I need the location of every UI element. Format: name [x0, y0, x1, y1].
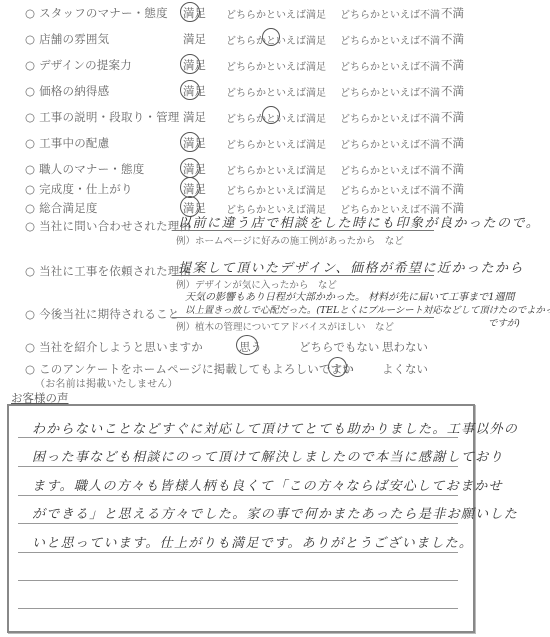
- writing-line: [18, 495, 458, 496]
- selection-circle: [180, 177, 200, 198]
- option-somewhat-satisfied[interactable]: どちらかといえば満足: [226, 84, 326, 99]
- option-somewhat-satisfied[interactable]: どちらかといえば満足: [226, 162, 326, 177]
- selection-circle: [262, 28, 280, 46]
- option-somewhat-dissatisfied[interactable]: どちらかといえば不満: [340, 110, 440, 125]
- voice-line-5[interactable]: いと思っています。仕上がりも満足です。ありがとうございました。: [32, 532, 473, 551]
- example-text: 例）植木の管理についてアドバイスがほしい など: [176, 319, 394, 333]
- rating-label-consideration-during-work: ○ 工事中の配慮: [25, 135, 109, 151]
- voice-line-3[interactable]: ます。職人の方々も皆様人柄も良くて「この方々ならば安心しておまかせ: [32, 475, 503, 494]
- rating-label-overall-satisfaction: ○ 総合満足度: [25, 200, 98, 216]
- option-somewhat-dissatisfied[interactable]: どちらかといえば不満: [340, 58, 440, 73]
- handwritten-answer-line-1[interactable]: 天気の影響もあり日程が大部かかった。 材料が先に届いて工事まで1週間: [185, 288, 515, 303]
- option-satisfied[interactable]: 満足: [183, 31, 206, 47]
- handwritten-answer-line-3[interactable]: ですが): [488, 315, 520, 329]
- selection-circle: [180, 2, 200, 22]
- option-somewhat-dissatisfied[interactable]: どちらかといえば不満: [340, 162, 440, 177]
- handwritten-answer[interactable]: 提案して頂いたデザイン、価格が希望に近かったから: [178, 257, 524, 276]
- option-dissatisfied[interactable]: 不満: [441, 83, 464, 99]
- question-label: ○ 今後当社に期待されること: [25, 306, 180, 322]
- rating-label-craftsman-manner: ○ 職人のマナー・態度: [25, 161, 144, 177]
- option-somewhat-dissatisfied[interactable]: どちらかといえば不満: [340, 84, 440, 99]
- selection-circle: [180, 54, 200, 74]
- selection-circle: [236, 335, 258, 355]
- option-dissatisfied[interactable]: 不満: [441, 5, 464, 21]
- writing-line: [18, 580, 458, 581]
- option-dissatisfied[interactable]: 不満: [441, 31, 464, 47]
- selection-circle: [180, 132, 200, 152]
- option-no[interactable]: 思わない: [382, 339, 428, 355]
- handwritten-answer[interactable]: 以前に違う店で相談をした時にも印象が良かったので。: [178, 212, 540, 231]
- voice-line-1[interactable]: わからないことなどすぐに対応して頂けてとても助かりました。工事以外の: [32, 418, 518, 437]
- writing-line: [18, 523, 458, 524]
- option-somewhat-satisfied[interactable]: どちらかといえば満足: [226, 136, 326, 151]
- question-note: （お名前は掲載いたしません）: [35, 375, 178, 390]
- voice-line-2[interactable]: 困った事なども相談にのって頂けて解決しましたので本当に感謝しており: [32, 446, 504, 465]
- answer-underline: [172, 230, 434, 231]
- answer-underline: [172, 275, 434, 276]
- option-somewhat-satisfied[interactable]: どちらかといえば満足: [226, 182, 326, 197]
- option-dissatisfied[interactable]: 不満: [441, 57, 464, 73]
- writing-line: [18, 466, 458, 467]
- handwritten-answer-line-2[interactable]: 以上置きっ放しで心配だった。(TELとくにブルーシート対応などして頂けたのでよか…: [185, 302, 550, 316]
- option-somewhat-satisfied[interactable]: どちらかといえば満足: [226, 6, 326, 21]
- selection-circle: [328, 357, 347, 377]
- option-somewhat-satisfied[interactable]: どちらかといえば満足: [226, 58, 326, 73]
- answer-underline: [172, 317, 434, 318]
- question-label: ○ 当社に工事を依頼された理由: [25, 263, 191, 279]
- option-dissatisfied[interactable]: 不満: [441, 181, 464, 197]
- example-text: 例）ホームページに好みの施工例があったから など: [176, 233, 404, 247]
- option-satisfied[interactable]: 満足: [183, 109, 206, 125]
- writing-line: [18, 608, 458, 609]
- option-somewhat-dissatisfied[interactable]: どちらかといえば不満: [340, 6, 440, 21]
- option-somewhat-dissatisfied[interactable]: どちらかといえば不満: [340, 32, 440, 47]
- writing-line: [18, 437, 458, 438]
- selection-circle: [262, 106, 280, 124]
- rating-label-store-atmosphere: ○ 店舗の雰囲気: [25, 31, 109, 47]
- question-label: ○ 当社を紹介しようと思いますか: [25, 339, 203, 355]
- question-label: ○ 当社に問い合わせされた理由: [25, 218, 191, 234]
- option-dissatisfied[interactable]: 不満: [441, 161, 464, 177]
- selection-circle: [180, 158, 200, 178]
- option-not-ok[interactable]: よくない: [382, 361, 428, 377]
- rating-label-staff-manner: ○ スタッフのマナー・態度: [25, 5, 168, 21]
- selection-circle: [180, 80, 200, 100]
- voice-line-4[interactable]: ができる」と思える方々でした。家の事で何かまたあったら是非お願いした: [32, 503, 518, 522]
- option-neutral[interactable]: どちらでもない: [299, 339, 379, 355]
- option-somewhat-dissatisfied[interactable]: どちらかといえば不満: [340, 136, 440, 151]
- rating-label-construction-explanation: ○ 工事の説明・段取り・管理: [25, 109, 180, 125]
- option-dissatisfied[interactable]: 不満: [441, 109, 464, 125]
- option-dissatisfied[interactable]: 不満: [441, 135, 464, 151]
- rating-label-design-proposal: ○ デザインの提案力: [25, 57, 132, 73]
- option-somewhat-dissatisfied[interactable]: どちらかといえば不満: [340, 182, 440, 197]
- rating-label-price-satisfaction: ○ 価格の納得感: [25, 83, 109, 99]
- writing-line: [18, 552, 458, 553]
- rating-label-finish-quality: ○ 完成度・仕上がり: [25, 181, 133, 197]
